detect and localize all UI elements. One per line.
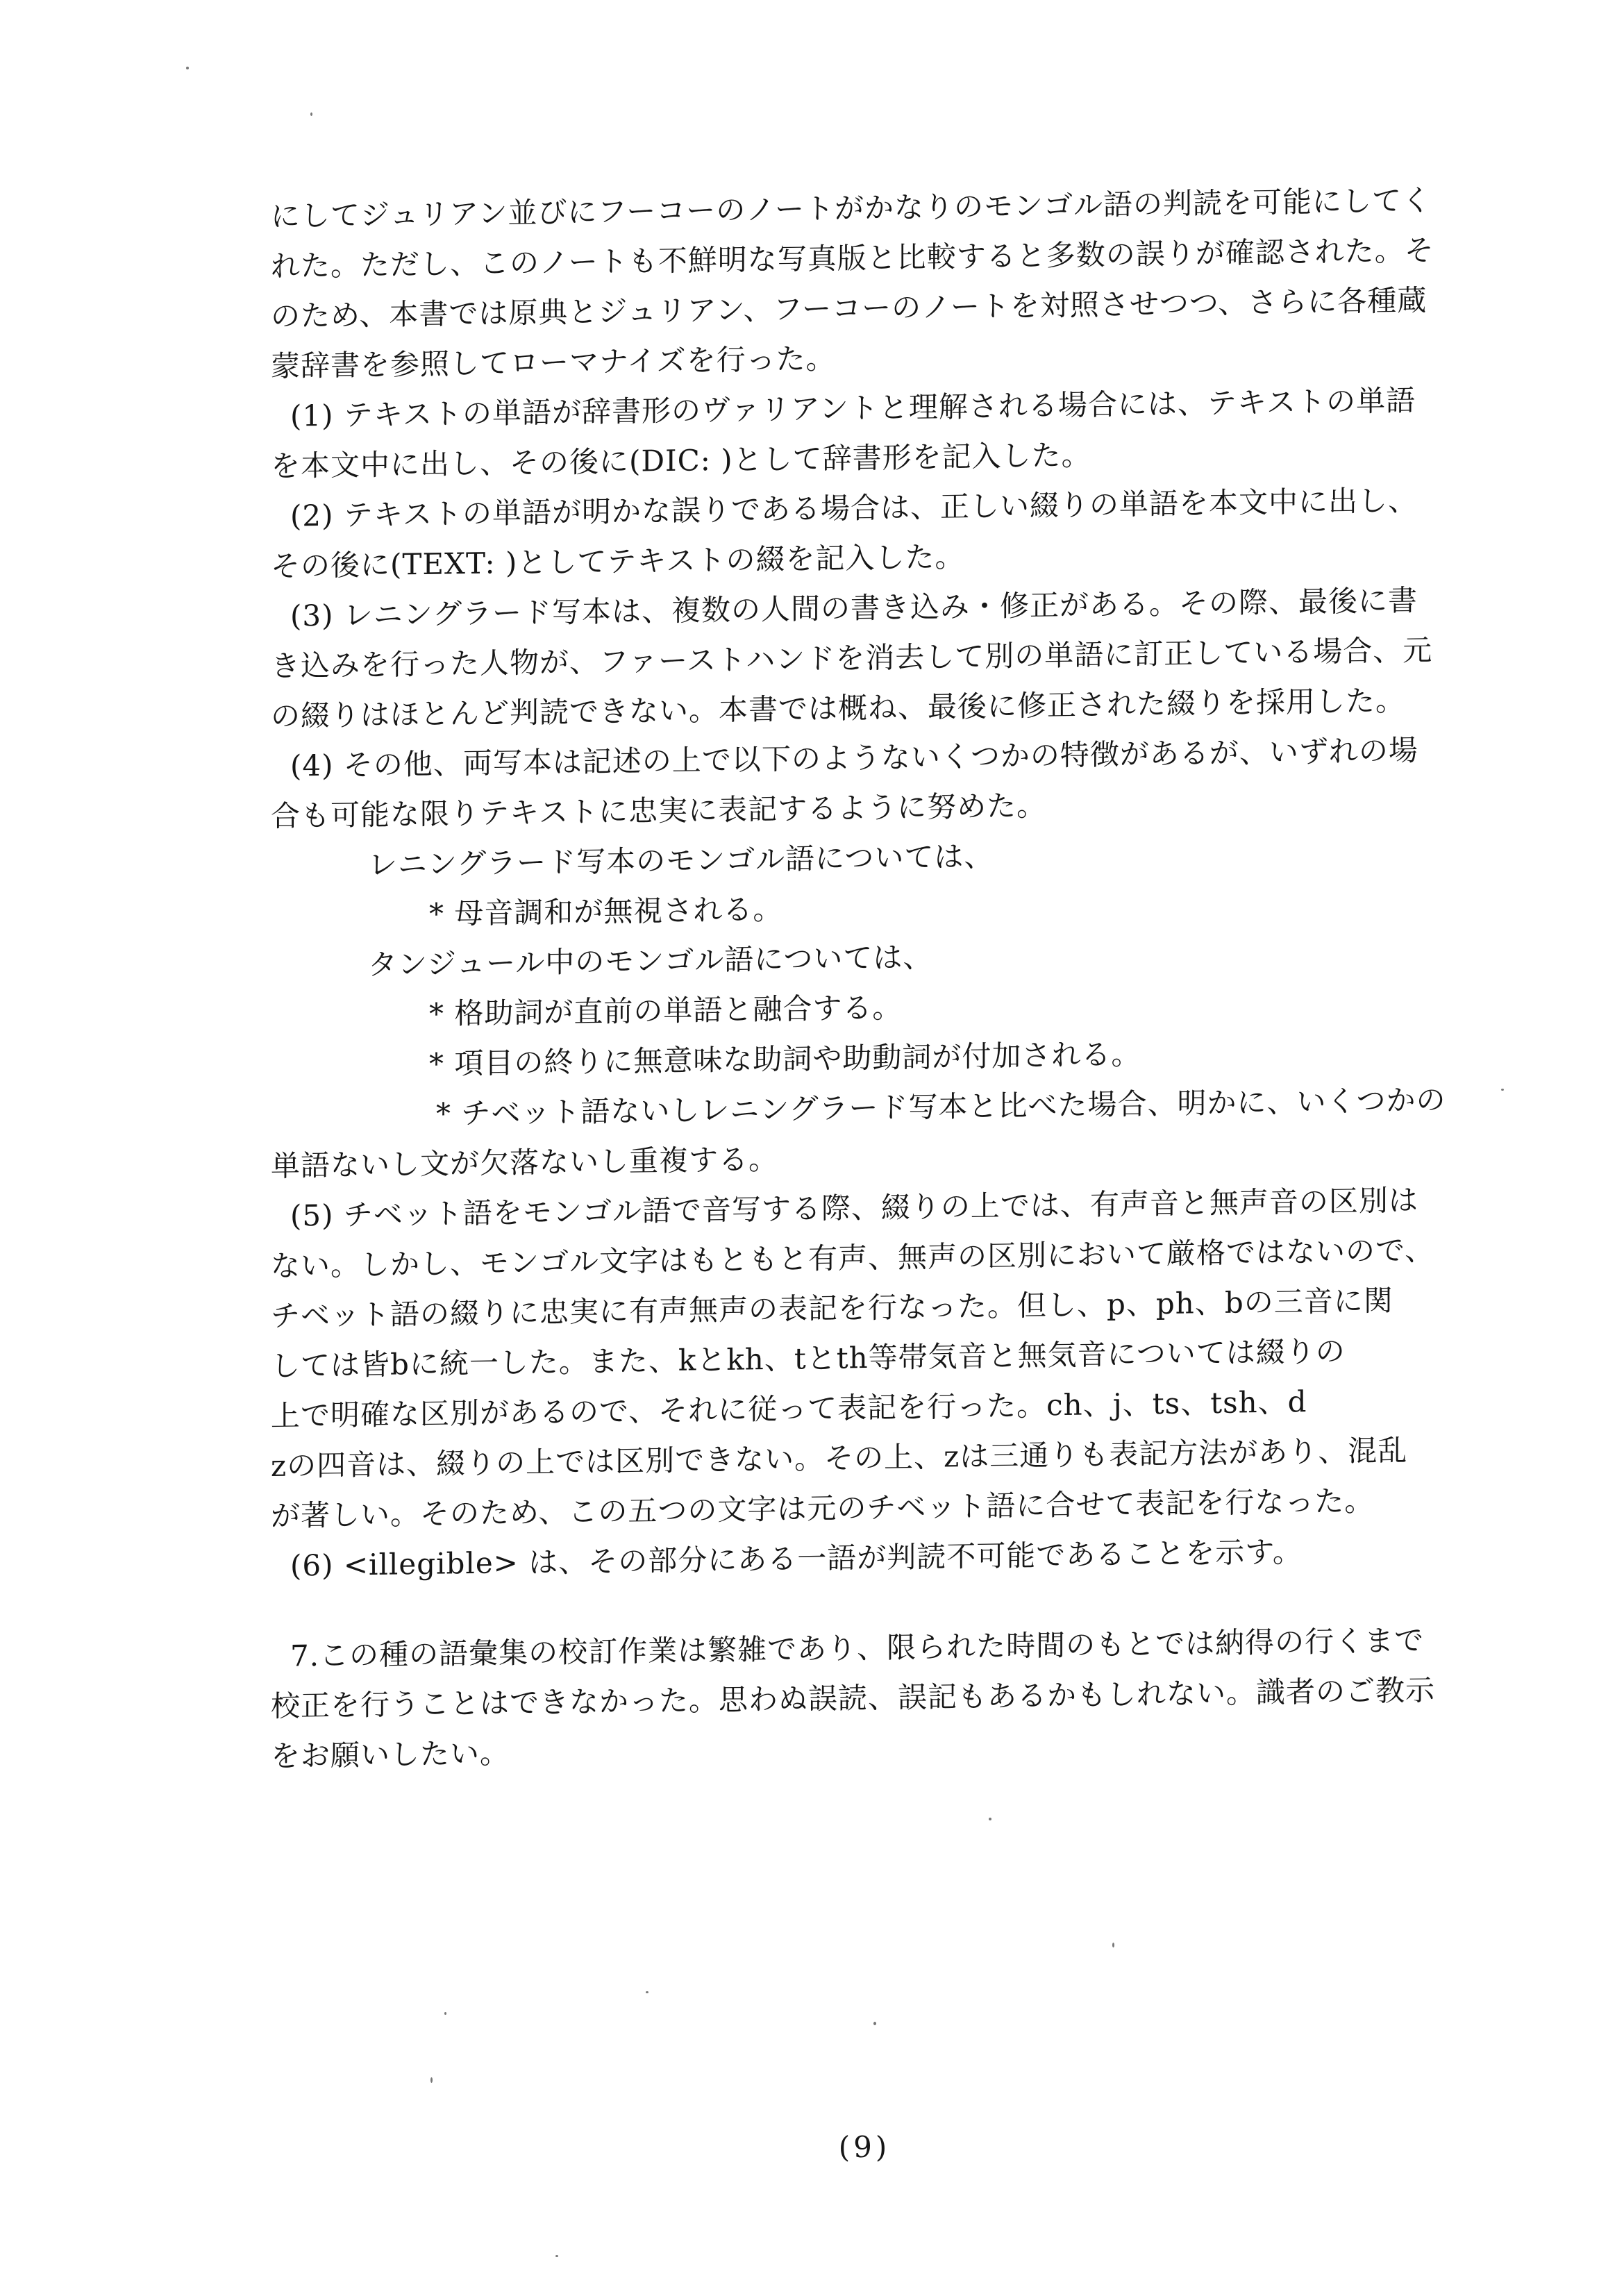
scan-speck <box>989 1818 991 1820</box>
scan-speck <box>430 2077 433 2083</box>
scan-speck <box>646 1991 648 1993</box>
scan-speck <box>1501 1089 1504 1091</box>
scan-speck <box>186 67 189 69</box>
body-text: にしてジュリアン並びにフーコーのノートがかなりのモンゴル語の判読を可能にしてくれ… <box>271 175 1451 1782</box>
scan-speck <box>873 2022 876 2025</box>
scan-speck <box>310 112 312 116</box>
scan-speck <box>1112 1943 1114 1947</box>
page-number: (9) <box>798 2130 930 2164</box>
scan-speck <box>555 2255 558 2257</box>
document-page: にしてジュリアン並びにフーコーのノートがかなりのモンゴル語の判読を可能にしてくれ… <box>0 0 1624 2296</box>
scan-speck <box>444 2012 446 2015</box>
